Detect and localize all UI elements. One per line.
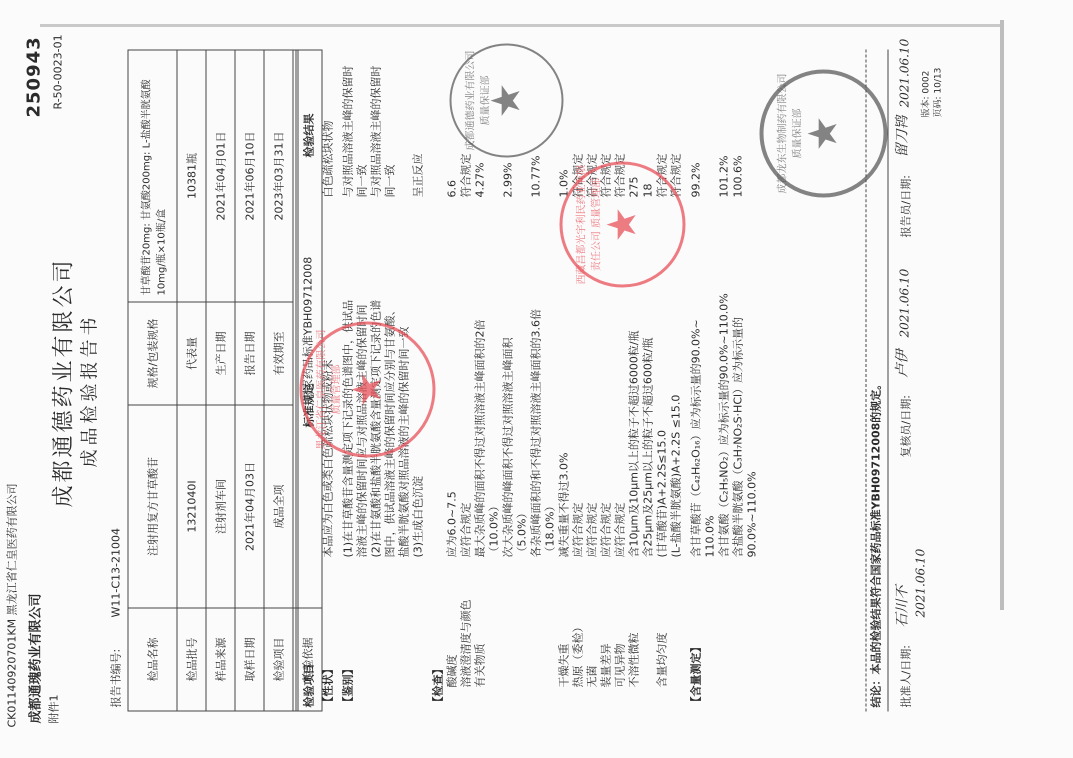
- standard-text: （10.0%）: [488, 501, 502, 558]
- reviewer-signature: 卢伊: [896, 350, 910, 378]
- standard-text: 各杂质峰面积的和不得过对照溶液主峰面积的3.6倍: [530, 310, 544, 559]
- section-heading: 【含量测定】: [690, 642, 704, 708]
- value-quantity: 10381瓶: [178, 51, 207, 303]
- seal-stamp-text: 成都龙东生物制药有限公司 质量保证部: [774, 74, 804, 194]
- table-row: 检品批号 1321040I 代表量 10381瓶: [178, 51, 207, 712]
- result-text: 6.6: [446, 181, 460, 199]
- table-row: 检品名称 注射用复方甘草酸苷 规格/包装规格 甘草酸苷20mg: 甘氨酸200m…: [129, 51, 178, 712]
- label-spec: 规格/包装规格: [129, 303, 178, 406]
- conclusion: 结论：本品的检验结果符合国家药品标准YBH09712008的规定。: [870, 379, 884, 708]
- standard-text: 减失重量不得过3.0%: [558, 453, 572, 558]
- seal-stamp: ★成都通德药业有限公司 质量保证部: [450, 44, 564, 158]
- scanned-document: CK01140920701KM 黑龙江省仁皇医药有限公司 成都通瑰药业有限公司 …: [0, 0, 1073, 758]
- seal-stamp: ★西藏昌都光宇利民药业有限责任公司 质量管理部: [560, 162, 686, 288]
- seal-stamp: ★成都龙东生物制药有限公司 质量保证部: [760, 70, 888, 198]
- table-row: 取样日期 2021年04月03日 报告日期 2021年06月10日: [236, 51, 265, 712]
- test-item-name: 热原（委检）: [572, 622, 586, 688]
- doc-title: 成品检验报告书: [80, 314, 102, 468]
- label-test-items: 检验项目: [265, 609, 294, 712]
- standard-text: 含盐酸半胱氨酸（C₃H₇NO₂S·HCl）应为标示量的: [732, 317, 746, 558]
- label-expiry: 有效期至: [265, 303, 294, 406]
- test-item-name: 无菌: [586, 666, 600, 688]
- section-heading: 【检查】: [432, 664, 446, 708]
- value-spec: 甘草酸苷20mg: 甘氨酸200mg: L-盐酸半胱氨酸10mg/瓶×10瓶/盒: [129, 51, 178, 303]
- value-sample-source: 注射剂车间: [207, 406, 236, 609]
- attachment-label: 附件1: [48, 695, 62, 724]
- approver-date: 2021.06.10: [914, 549, 928, 618]
- value-expiry: 2023年03月31日: [265, 51, 294, 303]
- value-product-name: 注射用复方甘草酸苷: [129, 406, 178, 609]
- col-header-item: 检验项目: [303, 664, 317, 708]
- result-text: 与对照品溶液主峰的保留时: [342, 66, 356, 198]
- reporter-signature: 留刀鸨: [896, 116, 910, 158]
- test-item-name: 有关物质: [474, 644, 488, 688]
- standard-text: （18.0%）: [544, 501, 558, 558]
- value-batch-no: 1321040I: [178, 406, 207, 609]
- label-batch-no: 检品批号: [178, 609, 207, 712]
- info-table: 检品名称 注射用复方甘草酸苷 规格/包装规格 甘草酸苷20mg: 甘氨酸200m…: [128, 50, 323, 712]
- report-no-label: 报告书编号:: [110, 649, 124, 708]
- form-code: R-50-0023-01: [52, 35, 66, 110]
- result-text: 99.2%: [690, 163, 704, 198]
- seal-stamp-text: 成都通德药业有限公司 质量保证部: [462, 46, 492, 156]
- header-company: 成都通瑰药业有限公司: [30, 594, 44, 724]
- section-heading: 【鉴别】: [342, 664, 356, 708]
- standard-text: 应符合规定: [460, 503, 474, 558]
- test-item-name: 不溶性微粒: [628, 633, 642, 688]
- approver-signature: 石川不: [896, 586, 910, 628]
- test-item-name: 酸碱度: [446, 655, 460, 688]
- standard-text: 应符合规定: [600, 503, 614, 558]
- seal-stamp-text: 西藏昌都光宇利民药业有限责任公司 质量管理部: [573, 165, 603, 285]
- reporter-label: 报告员/日期:: [900, 176, 914, 238]
- label-sample-source: 样品来源: [207, 609, 236, 712]
- standard-text: 含甘草酸苷（C₄₂H₆₂O₁₆）应为标示量的90.0%~: [690, 320, 704, 558]
- standard-text: (3)生成白色沉淀: [412, 476, 426, 558]
- standard-text: 含甘氨酸（C₂H₅NO₂）应为标示量的90.0%~110.0%: [718, 294, 732, 558]
- standard-text: 应为6.0~7.5: [446, 492, 460, 558]
- label-sampling-date: 取样日期: [236, 609, 265, 712]
- standard-text: 应符合规定: [572, 503, 586, 558]
- reviewer-label: 复核员/日期:: [900, 396, 914, 458]
- result-text: 呈正反应: [412, 154, 426, 198]
- reviewer-date: 2021.06.10: [898, 269, 912, 338]
- result-text: 与对照品溶液主峰的保留时: [370, 66, 384, 198]
- standard-text: 次大杂质峰的峰面积不得过对照溶液主峰面积: [502, 338, 516, 558]
- test-item-name: 溶液澄清度与颜色: [460, 600, 474, 688]
- result-text: 间一致: [356, 165, 370, 198]
- standard-text: (L-盐酸半胱氨酸)A+2.2S ≤15.0: [670, 395, 684, 558]
- approver-label: 批准人/日期:: [900, 646, 914, 708]
- result-text: 间一致: [384, 165, 398, 198]
- seal-stamp-text: 黑龙江省仁皇医药有限公司 质量管理部: [313, 325, 343, 455]
- test-item-name: 可见异物: [614, 644, 628, 688]
- label-quantity: 代表量: [178, 303, 207, 406]
- result-text: 4.27%: [474, 163, 488, 198]
- reporter-date: 2021.06.10: [898, 39, 912, 108]
- stamp-strip: CK01140920701KM 黑龙江省仁皇医药有限公司: [6, 484, 20, 728]
- result-text: 100.6%: [732, 156, 746, 198]
- divider: [888, 50, 889, 712]
- result-text: 白色疏松块状物: [322, 121, 336, 198]
- table-row: 样品来源 注射剂车间 生产日期 2021年04月01日: [207, 51, 236, 712]
- value-sampling-date: 2021年04月03日: [236, 406, 265, 609]
- standard-text: 含10μm及10μm以上的粒子不超过6000粒/瓶: [628, 331, 642, 558]
- test-item-name: 装量差异: [600, 644, 614, 688]
- seal-stamp: ★黑龙江省仁皇医药有限公司 质量管理部: [300, 322, 436, 458]
- result-text: 符合规定: [460, 154, 474, 198]
- value-report-date: 2021年06月10日: [236, 51, 265, 303]
- standard-text: 最大杂质峰的面积不得过对照溶液主峰面积的2倍: [474, 320, 488, 558]
- label-production-date: 生产日期: [207, 303, 236, 406]
- value-production-date: 2021年04月01日: [207, 51, 236, 303]
- report-page: CK01140920701KM 黑龙江省仁皇医药有限公司 成都通瑰药业有限公司 …: [0, 0, 1073, 758]
- section-heading: 【性状】: [322, 664, 336, 708]
- standard-text: 含25μm及25μm以上的粒子不超过600粒/瓶: [642, 338, 656, 558]
- standard-text: 应符合规定: [586, 503, 600, 558]
- label-product-name: 检品名称: [129, 609, 178, 712]
- rotated-page: CK01140920701KM 黑龙江省仁皇医药有限公司 成都通瑰药业有限公司 …: [0, 0, 1073, 758]
- result-text: 2.99%: [502, 163, 516, 198]
- company-title: 成都通德药业有限公司: [52, 258, 78, 508]
- test-item-name: 干燥失重: [558, 644, 572, 688]
- report-no-value: W11-C13-21004: [110, 529, 124, 618]
- serial-number: 250943: [28, 37, 42, 118]
- result-text: 10.77%: [530, 156, 544, 198]
- label-report-date: 报告日期: [236, 303, 265, 406]
- result-text: 101.2%: [718, 156, 732, 198]
- value-test-items: 成品全项: [265, 406, 294, 609]
- col-header-result: 检验结果: [303, 114, 317, 158]
- standard-text: （5.0%）: [516, 508, 530, 558]
- table-row: 检验项目 成品全项 有效期至 2023年03月31日: [265, 51, 294, 712]
- standard-text: 应符合规定: [614, 503, 628, 558]
- standard-text: (甘草酸苷)A+2.2S≤15.0: [656, 430, 670, 558]
- page-number: 页码: 10/13: [932, 68, 946, 118]
- standard-text: 90.0%~110.0%: [746, 472, 760, 558]
- test-item-name: 含量均匀度: [656, 633, 670, 688]
- standard-text: 110.0%: [704, 516, 718, 558]
